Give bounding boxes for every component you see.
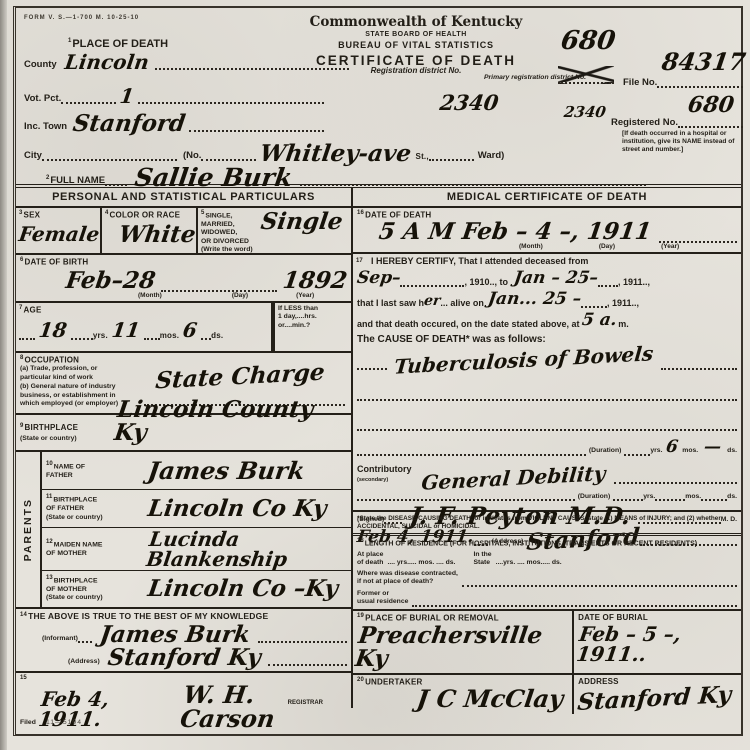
- burial-block: 19PLACE OF BURIAL OR REMOVAL Preachersvi…: [353, 611, 741, 714]
- birthplace-label-block: 9BIRTHPLACE (State or country): [20, 417, 116, 443]
- informant-address-leader: [268, 651, 347, 667]
- father-birthplace-value: Lincoln Co Ky: [146, 497, 328, 520]
- primary-district-label: Primary registration district No.: [484, 74, 586, 82]
- cause-value-row: Tuberculosis of Bowels: [357, 350, 737, 370]
- full-name-leader-a: [105, 170, 127, 186]
- age-years-label: yrs.: [93, 331, 108, 340]
- filed-label: Filed: [20, 719, 36, 727]
- certify-death-line: and that death occured, on the date stat…: [357, 312, 737, 329]
- hospital-note: [If death occurred in a hospital or inst…: [622, 130, 748, 154]
- town-row: Inc. Town Stanford: [24, 112, 324, 132]
- age-leader-d: [201, 325, 211, 341]
- death-certificate-scan: FORM V. S.—1-700 M. 10-25-10 Commonwealt…: [0, 0, 750, 750]
- file-no-value: 84317: [660, 50, 747, 74]
- last-saw-mid: ... alive on: [440, 298, 484, 308]
- form-code: FORM V. S.—1-700 M. 10-25-10: [24, 15, 139, 21]
- filed-section-number: 15: [20, 675, 27, 681]
- dob-label: 6DATE OF BIRTH: [20, 257, 347, 267]
- place-of-death-heading: 1PLACE OF DEATH: [68, 38, 168, 50]
- race-cell: 4COLOR OR RACE White: [102, 208, 198, 253]
- mother-birthplace-value: Lincoln Co –Ky: [146, 577, 339, 600]
- precinct-row: Vot. Pct. 1: [24, 86, 324, 104]
- father-name-value: James Burk: [146, 459, 306, 483]
- duration-days-label: ds.: [727, 447, 737, 455]
- age-label: 7AGE: [19, 305, 268, 315]
- death-statement: and that death occured, on the date stat…: [357, 319, 580, 329]
- cause-leader-a: [357, 354, 387, 370]
- birthplace-sublabel: (State or country): [20, 435, 116, 443]
- sex-value: Female: [18, 224, 101, 244]
- registered-no-label: Registered No.: [611, 117, 678, 128]
- certification-block: 17I HEREBY CERTIFY, That I attended dece…: [353, 254, 741, 512]
- city-leader-c: [429, 145, 474, 161]
- last-saw-leader: [581, 292, 607, 308]
- father-birthplace-label: 11BIRTHPLACE OF FATHER (State or country…: [46, 494, 148, 522]
- duration-leader-a: [357, 440, 586, 456]
- attended-leader-a: [400, 271, 464, 287]
- age-row: 7AGE 18 yrs. 11 mos. 6 ds. If LESS than …: [16, 303, 351, 353]
- age-leader-a: [19, 325, 35, 341]
- at-place-label: At place of death: [357, 551, 383, 568]
- dod-leader: [659, 227, 737, 243]
- certify-attended-line: Sep– , 1910.., to Jan – 25– , 1911..,: [357, 270, 737, 287]
- age-days-value: 6: [182, 320, 199, 340]
- precinct-leader-b: [138, 88, 324, 104]
- dob-year-value: 1892: [281, 269, 348, 292]
- contributory-row: Contributory (secondary) General Debilit…: [357, 459, 737, 484]
- informant-label: (Informant): [42, 635, 78, 643]
- attended-to-year: , 1911..,: [618, 277, 650, 287]
- contributory-label-block: Contributory (secondary): [357, 459, 412, 484]
- city-leader-b: [201, 145, 256, 161]
- plate-code: 11—5104: [46, 719, 82, 726]
- informant-leader-a: [78, 628, 92, 644]
- commonwealth-title: Commonwealth of Kentucky: [281, 14, 551, 30]
- age-value-row: 18 yrs. 11 mos. 6 ds.: [19, 320, 268, 340]
- duration2-leader-c: [655, 486, 685, 502]
- registrar-label: REGISTRAR: [288, 700, 323, 708]
- registered-no-value: 680: [686, 94, 735, 116]
- parents-block: PARENTS 10NAME OF FATHER James Burk 11BI…: [16, 452, 351, 609]
- race-label: 4COLOR OR RACE: [105, 210, 193, 220]
- dob-day-label: (Day): [232, 292, 248, 299]
- attestation-row: 14THE ABOVE IS TRUE TO THE BEST OF MY KN…: [16, 609, 351, 673]
- certificate-body: PERSONAL AND STATISTICAL PARTICULARS 3SE…: [16, 188, 741, 708]
- father-name-label: 10NAME OF FATHER: [46, 461, 148, 480]
- age-less-than-note: If LESS than 1 day,....hrs. or....min.?: [278, 305, 348, 330]
- age-days-label: ds.: [211, 331, 223, 340]
- undertaker-value: J C McClay: [415, 687, 564, 711]
- town-leader: [189, 116, 324, 132]
- age-leader-b: [71, 325, 93, 341]
- parents-strip: PARENTS: [16, 452, 42, 607]
- registration-district-value: 680: [559, 28, 617, 54]
- former-residence-leader: [412, 591, 737, 607]
- burial-place-label: 19PLACE OF BURIAL OR REMOVAL: [357, 613, 568, 623]
- county-leader: [155, 54, 349, 70]
- mother-name-value: Lucinda Blankenship: [145, 529, 350, 569]
- mother-name-row: 12MAIDEN NAME OF MOTHER Lucinda Blankens…: [42, 528, 351, 571]
- cause-leader-b: [661, 354, 737, 370]
- duration2-days-label: ds.: [727, 493, 737, 501]
- duration-days-value: —: [703, 439, 722, 456]
- street-suffix-label: St.,: [416, 152, 429, 161]
- full-name-row: 2FULL NAME Sallie Burk: [46, 165, 646, 186]
- cause-blank-line-1: [357, 386, 737, 402]
- contracted-row: Where was disease contracted, if not at …: [357, 570, 737, 587]
- ward-label: Ward): [478, 150, 505, 161]
- age-less-than-cell: If LESS than 1 day,....hrs. or....min.?: [273, 303, 351, 351]
- last-saw-date: Jan... 25 –: [487, 291, 583, 308]
- town-label: Inc. Town: [24, 121, 67, 132]
- informant-row: (Informant) James Burk: [42, 623, 347, 643]
- bureau-subtitle: BUREAU OF VITAL STATISTICS: [281, 40, 551, 50]
- last-saw-year: , 1911..,: [607, 298, 639, 308]
- dob-value-row: Feb–28 1892: [66, 269, 347, 292]
- age-leader-c: [144, 325, 160, 341]
- date-of-death-row: 16DATE OF DEATH 5 A M Feb – 4 –, 1911 (M…: [353, 208, 741, 254]
- full-name-leader-b: [300, 170, 646, 186]
- dod-value: 5 A M Feb – 4 –, 1911: [377, 220, 652, 243]
- contracted-leader: [462, 571, 737, 587]
- informant-leader-b: [258, 628, 347, 644]
- cause-value: Tuberculosis of Bowels: [393, 343, 654, 376]
- birthplace-value: Lincoln County Ky: [113, 398, 350, 444]
- burial-place-value: Preachersville Ky: [354, 624, 572, 670]
- sex-label: 3SEX: [19, 210, 97, 220]
- duration2-months-label: mos.: [685, 493, 701, 501]
- residence-block: 18LENGTH OF RESIDENCE (FOR HOSPITALS, IN…: [353, 536, 741, 611]
- burial-date-cell: DATE OF BURIAL Feb – 5 –, 1911..: [574, 611, 741, 676]
- father-birthplace-row: 11BIRTHPLACE OF FATHER (State or country…: [42, 490, 351, 528]
- certificate-header: FORM V. S.—1-700 M. 10-25-10 Commonwealt…: [16, 8, 741, 188]
- informant-value: James Burk: [98, 623, 251, 646]
- contracted-label: Where was disease contracted, if not at …: [357, 570, 458, 587]
- contributory-sublabel: (secondary): [357, 477, 412, 484]
- attended-leader-b: [598, 271, 618, 287]
- residence-fields-row: At place of death .... yrs..... mos. ...…: [357, 551, 737, 568]
- death-time-suffix: m.: [618, 319, 629, 329]
- sex-cell: 3SEX Female: [16, 208, 102, 253]
- parents-rows: 10NAME OF FATHER James Burk 11BIRTHPLACE…: [42, 452, 351, 607]
- street-value: Whitley-ave: [259, 142, 413, 165]
- dod-year-label: (Year): [661, 243, 679, 250]
- contributory-leader: [614, 468, 737, 484]
- cause-label: The CAUSE OF DEATH* was as follows:: [357, 334, 737, 345]
- dob-month-day-value: Feb–28: [64, 269, 157, 292]
- full-name-value: Sallie Burk: [133, 165, 294, 190]
- mother-birthplace-label: 13BIRTHPLACE OF MOTHER (State or country…: [46, 575, 148, 603]
- county-row: County Lincoln: [24, 52, 349, 70]
- race-value: White: [117, 223, 197, 246]
- age-years-value: 18: [38, 320, 69, 340]
- attended-from-value: Sep–: [356, 270, 402, 287]
- duration2-leader-d: [701, 486, 727, 502]
- registrar-signature: W. H. Carson: [178, 683, 346, 731]
- section-number: 1: [68, 38, 71, 44]
- former-residence-label: Former or usual residence: [357, 590, 408, 607]
- filed-row: 15 Filed Feb 4, 1911. W. H. Carson REGIS…: [16, 673, 351, 708]
- certificate-border: FORM V. S.—1-700 M. 10-25-10 Commonwealt…: [13, 6, 743, 736]
- board-subtitle: STATE BOARD OF HEALTH: [281, 31, 551, 38]
- parents-label: PARENTS: [22, 498, 34, 561]
- birthplace-row: 9BIRTHPLACE (State or country) Lincoln C…: [16, 415, 351, 452]
- primary-district-value-lower: 2340: [563, 105, 607, 120]
- city-row: City (No. Whitley-ave St., Ward): [24, 142, 614, 161]
- city-label: City: [24, 150, 42, 161]
- duration2-years-label: yrs.: [643, 493, 655, 501]
- birthplace-label: 9BIRTHPLACE: [20, 423, 78, 432]
- undertaker-address-value: Stanford Ky: [577, 683, 733, 714]
- county-value: Lincoln: [63, 52, 150, 72]
- former-residence-row: Former or usual residence: [357, 590, 737, 607]
- town-value: Stanford: [71, 112, 187, 135]
- county-label: County: [24, 59, 57, 70]
- personal-column: PERSONAL AND STATISTICAL PARTICULARS 3SE…: [16, 188, 353, 708]
- primary-district-value-upper: 2340: [439, 92, 500, 113]
- certify-last-saw-line: that I last saw her ... alive on Jan... …: [357, 291, 737, 308]
- at-place-fields: .... yrs..... mos. .... ds.: [387, 559, 455, 567]
- age-months-value: 11: [110, 320, 141, 340]
- precinct-value: 1: [119, 86, 136, 106]
- footnote-block: *State the DISEASE CAUSING DEATH, or in …: [353, 512, 741, 536]
- in-state-fields: ....yrs. .... mos..... ds.: [496, 559, 562, 567]
- residence-label: 18LENGTH OF RESIDENCE (FOR HOSPITALS, IN…: [357, 538, 737, 549]
- marital-cell: 5SINGLE, MARRIED, WIDOWED, OR DIVORCED (…: [198, 208, 351, 253]
- certify-intro: 17I HEREBY CERTIFY, That I attended dece…: [371, 256, 737, 266]
- dod-value-row: 5 A M Feb – 4 –, 1911: [357, 220, 737, 243]
- attended-to-value: Jan – 25–: [513, 270, 599, 287]
- father-name-row: 10NAME OF FATHER James Burk: [42, 452, 351, 490]
- precinct-label: Vot. Pct.: [24, 93, 61, 104]
- mother-birthplace-row: 13BIRTHPLACE OF MOTHER (State or country…: [42, 571, 351, 608]
- file-no-label: File No.: [623, 77, 657, 88]
- duration-months-label: mos.: [682, 447, 698, 455]
- attestation-label: 14THE ABOVE IS TRUE TO THE BEST OF MY KN…: [20, 611, 347, 621]
- informant-address-value: Stanford Ky: [106, 646, 262, 669]
- medical-column: MEDICAL CERTIFICATE OF DEATH 16DATE OF D…: [353, 188, 741, 708]
- precinct-leader-a: [61, 88, 116, 104]
- city-no-label: (No.: [183, 150, 201, 161]
- death-time-value: 5 a.: [580, 312, 617, 329]
- undertaker-cell: 20UNDERTAKER J C McClay: [353, 675, 574, 714]
- age-cell: 7AGE 18 yrs. 11 mos. 6 ds.: [16, 303, 273, 351]
- duration-months-value: 6: [665, 439, 679, 456]
- burial-date-label: DATE OF BURIAL: [578, 613, 737, 622]
- in-state-label: In the State: [473, 551, 491, 568]
- undertaker-address-cell: ADDRESS Stanford Ky: [574, 675, 741, 714]
- contributory-label: Contributory: [357, 464, 412, 474]
- full-name-label: 2FULL NAME: [46, 175, 105, 186]
- duration-label: (Duration): [589, 447, 621, 455]
- attended-from-year: , 1910.., to: [464, 277, 508, 287]
- cause-blank-line-2: [357, 415, 737, 431]
- mother-name-label: 12MAIDEN NAME OF MOTHER: [46, 539, 148, 558]
- dob-leader: [161, 276, 277, 292]
- informant-address-row: (Address) Stanford Ky: [68, 646, 347, 666]
- sex-race-marital-row: 3SEX Female 4COLOR OR RACE White 5SINGLE…: [16, 208, 351, 255]
- duration-years-label: yrs.: [650, 447, 662, 455]
- burial-place-cell: 19PLACE OF BURIAL OR REMOVAL Preachersvi…: [353, 611, 574, 676]
- duration-row: (Duration) yrs. 6 mos. — ds.: [357, 439, 737, 456]
- last-saw-pronoun: er: [423, 294, 441, 308]
- marital-value: Single: [260, 210, 345, 233]
- informant-address-label: (Address): [68, 658, 100, 666]
- last-saw-prefix: that I last saw h: [357, 298, 424, 308]
- age-months-label: mos.: [160, 331, 179, 340]
- date-of-birth-row: 6DATE OF BIRTH Feb–28 1892 (Month) (Day)…: [16, 255, 351, 303]
- duration-leader-b: [624, 440, 650, 456]
- duration2-leader-b: [613, 486, 643, 502]
- burial-date-value: Feb – 5 –, 1911..: [575, 624, 739, 664]
- medical-column-header: MEDICAL CERTIFICATE OF DEATH: [353, 188, 741, 208]
- city-leader-a: [42, 145, 177, 161]
- footnote-text: *State the DISEASE CAUSING DEATH, or in …: [357, 515, 737, 531]
